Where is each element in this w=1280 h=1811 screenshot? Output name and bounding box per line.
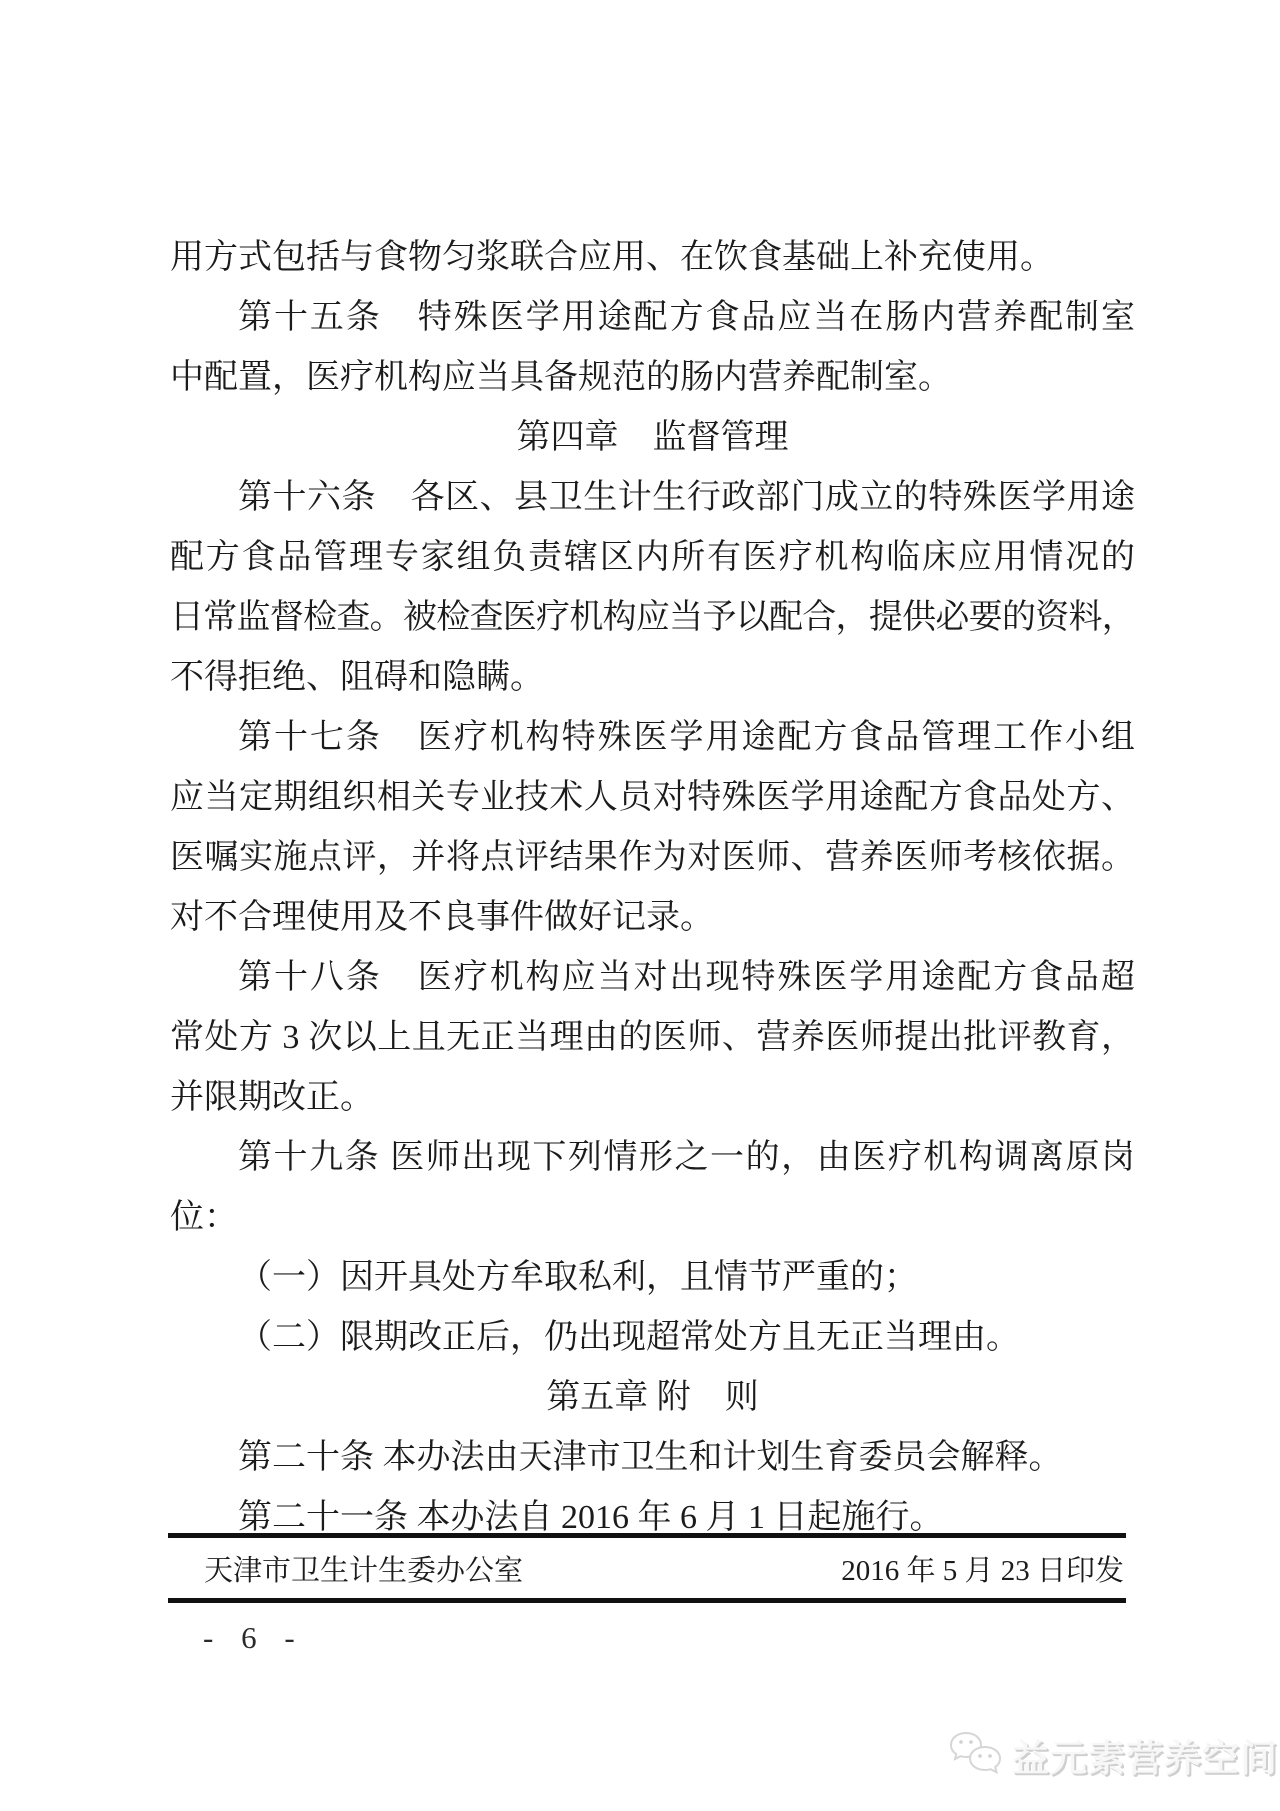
footer-rule-top bbox=[168, 1533, 1126, 1538]
doc-line: 配方食品管理专家组负责辖区内所有医疗机构临床应用情况的 bbox=[170, 528, 1135, 588]
doc-line: 第二十一条 本办法自 2016 年 6 月 1 日起施行。 bbox=[170, 1488, 1135, 1548]
doc-line: 并限期改正。 bbox=[170, 1068, 1135, 1128]
footer-rule-bottom bbox=[168, 1598, 1126, 1603]
doc-line: 第十六条 各区、县卫生计生行政部门成立的特殊医学用途 bbox=[170, 468, 1135, 528]
watermark-text: 益元素营养空间 bbox=[1012, 1728, 1278, 1782]
doc-line: 位： bbox=[170, 1188, 1135, 1248]
doc-line: 第十五条 特殊医学用途配方食品应当在肠内营养配制室 bbox=[170, 288, 1135, 348]
doc-line: 日常监督检查。被检查医疗机构应当予以配合，提供必要的资料， bbox=[170, 588, 1135, 648]
doc-line: 第十八条 医疗机构应当对出现特殊医学用途配方食品超 bbox=[170, 948, 1135, 1008]
doc-line: 医嘱实施点评，并将点评结果作为对医师、营养医师考核依据。 bbox=[170, 828, 1135, 888]
doc-line: 常处方 3 次以上且无正当理由的医师、营养医师提出批评教育， bbox=[170, 1008, 1135, 1068]
doc-line: 不得拒绝、阻碍和隐瞒。 bbox=[170, 648, 1135, 708]
doc-line: （二）限期改正后，仍出现超常处方且无正当理由。 bbox=[170, 1308, 1135, 1368]
doc-line: 对不合理使用及不良事件做好记录。 bbox=[170, 888, 1135, 948]
page-number: - 6 - bbox=[203, 1620, 305, 1656]
doc-line: （一）因开具处方牟取私利，且情节严重的； bbox=[170, 1248, 1135, 1308]
doc-line: 中配置，医疗机构应当具备规范的肠内营养配制室。 bbox=[170, 348, 1135, 408]
chapter-heading: 第五章 附 则 bbox=[170, 1368, 1135, 1428]
doc-line: 用方式包括与食物匀浆联合应用、在饮食基础上补充使用。 bbox=[170, 228, 1135, 288]
footer-print-date: 2016 年 5 月 23 日印发 bbox=[841, 1548, 1124, 1594]
doc-line: 第十七条 医疗机构特殊医学用途配方食品管理工作小组 bbox=[170, 708, 1135, 768]
doc-line: 应当定期组织相关专业技术人员对特殊医学用途配方食品处方、 bbox=[170, 768, 1135, 828]
document-body: 用方式包括与食物匀浆联合应用、在饮食基础上补充使用。 第十五条 特殊医学用途配方… bbox=[170, 228, 1135, 1548]
doc-line: 第十九条 医师出现下列情形之一的，由医疗机构调离原岗 bbox=[170, 1128, 1135, 1188]
footer-row: 天津市卫生计生委办公室 2016 年 5 月 23 日印发 bbox=[168, 1548, 1126, 1594]
doc-line: 第二十条 本办法由天津市卫生和计划生育委员会解释。 bbox=[170, 1428, 1135, 1488]
wechat-icon bbox=[948, 1729, 1004, 1781]
watermark: 益元素营养空间 bbox=[948, 1728, 1278, 1782]
chapter-heading: 第四章 监督管理 bbox=[170, 408, 1135, 468]
document-page: 用方式包括与食物匀浆联合应用、在饮食基础上补充使用。 第十五条 特殊医学用途配方… bbox=[0, 0, 1280, 1811]
footer-issuer: 天津市卫生计生委办公室 bbox=[204, 1548, 523, 1594]
